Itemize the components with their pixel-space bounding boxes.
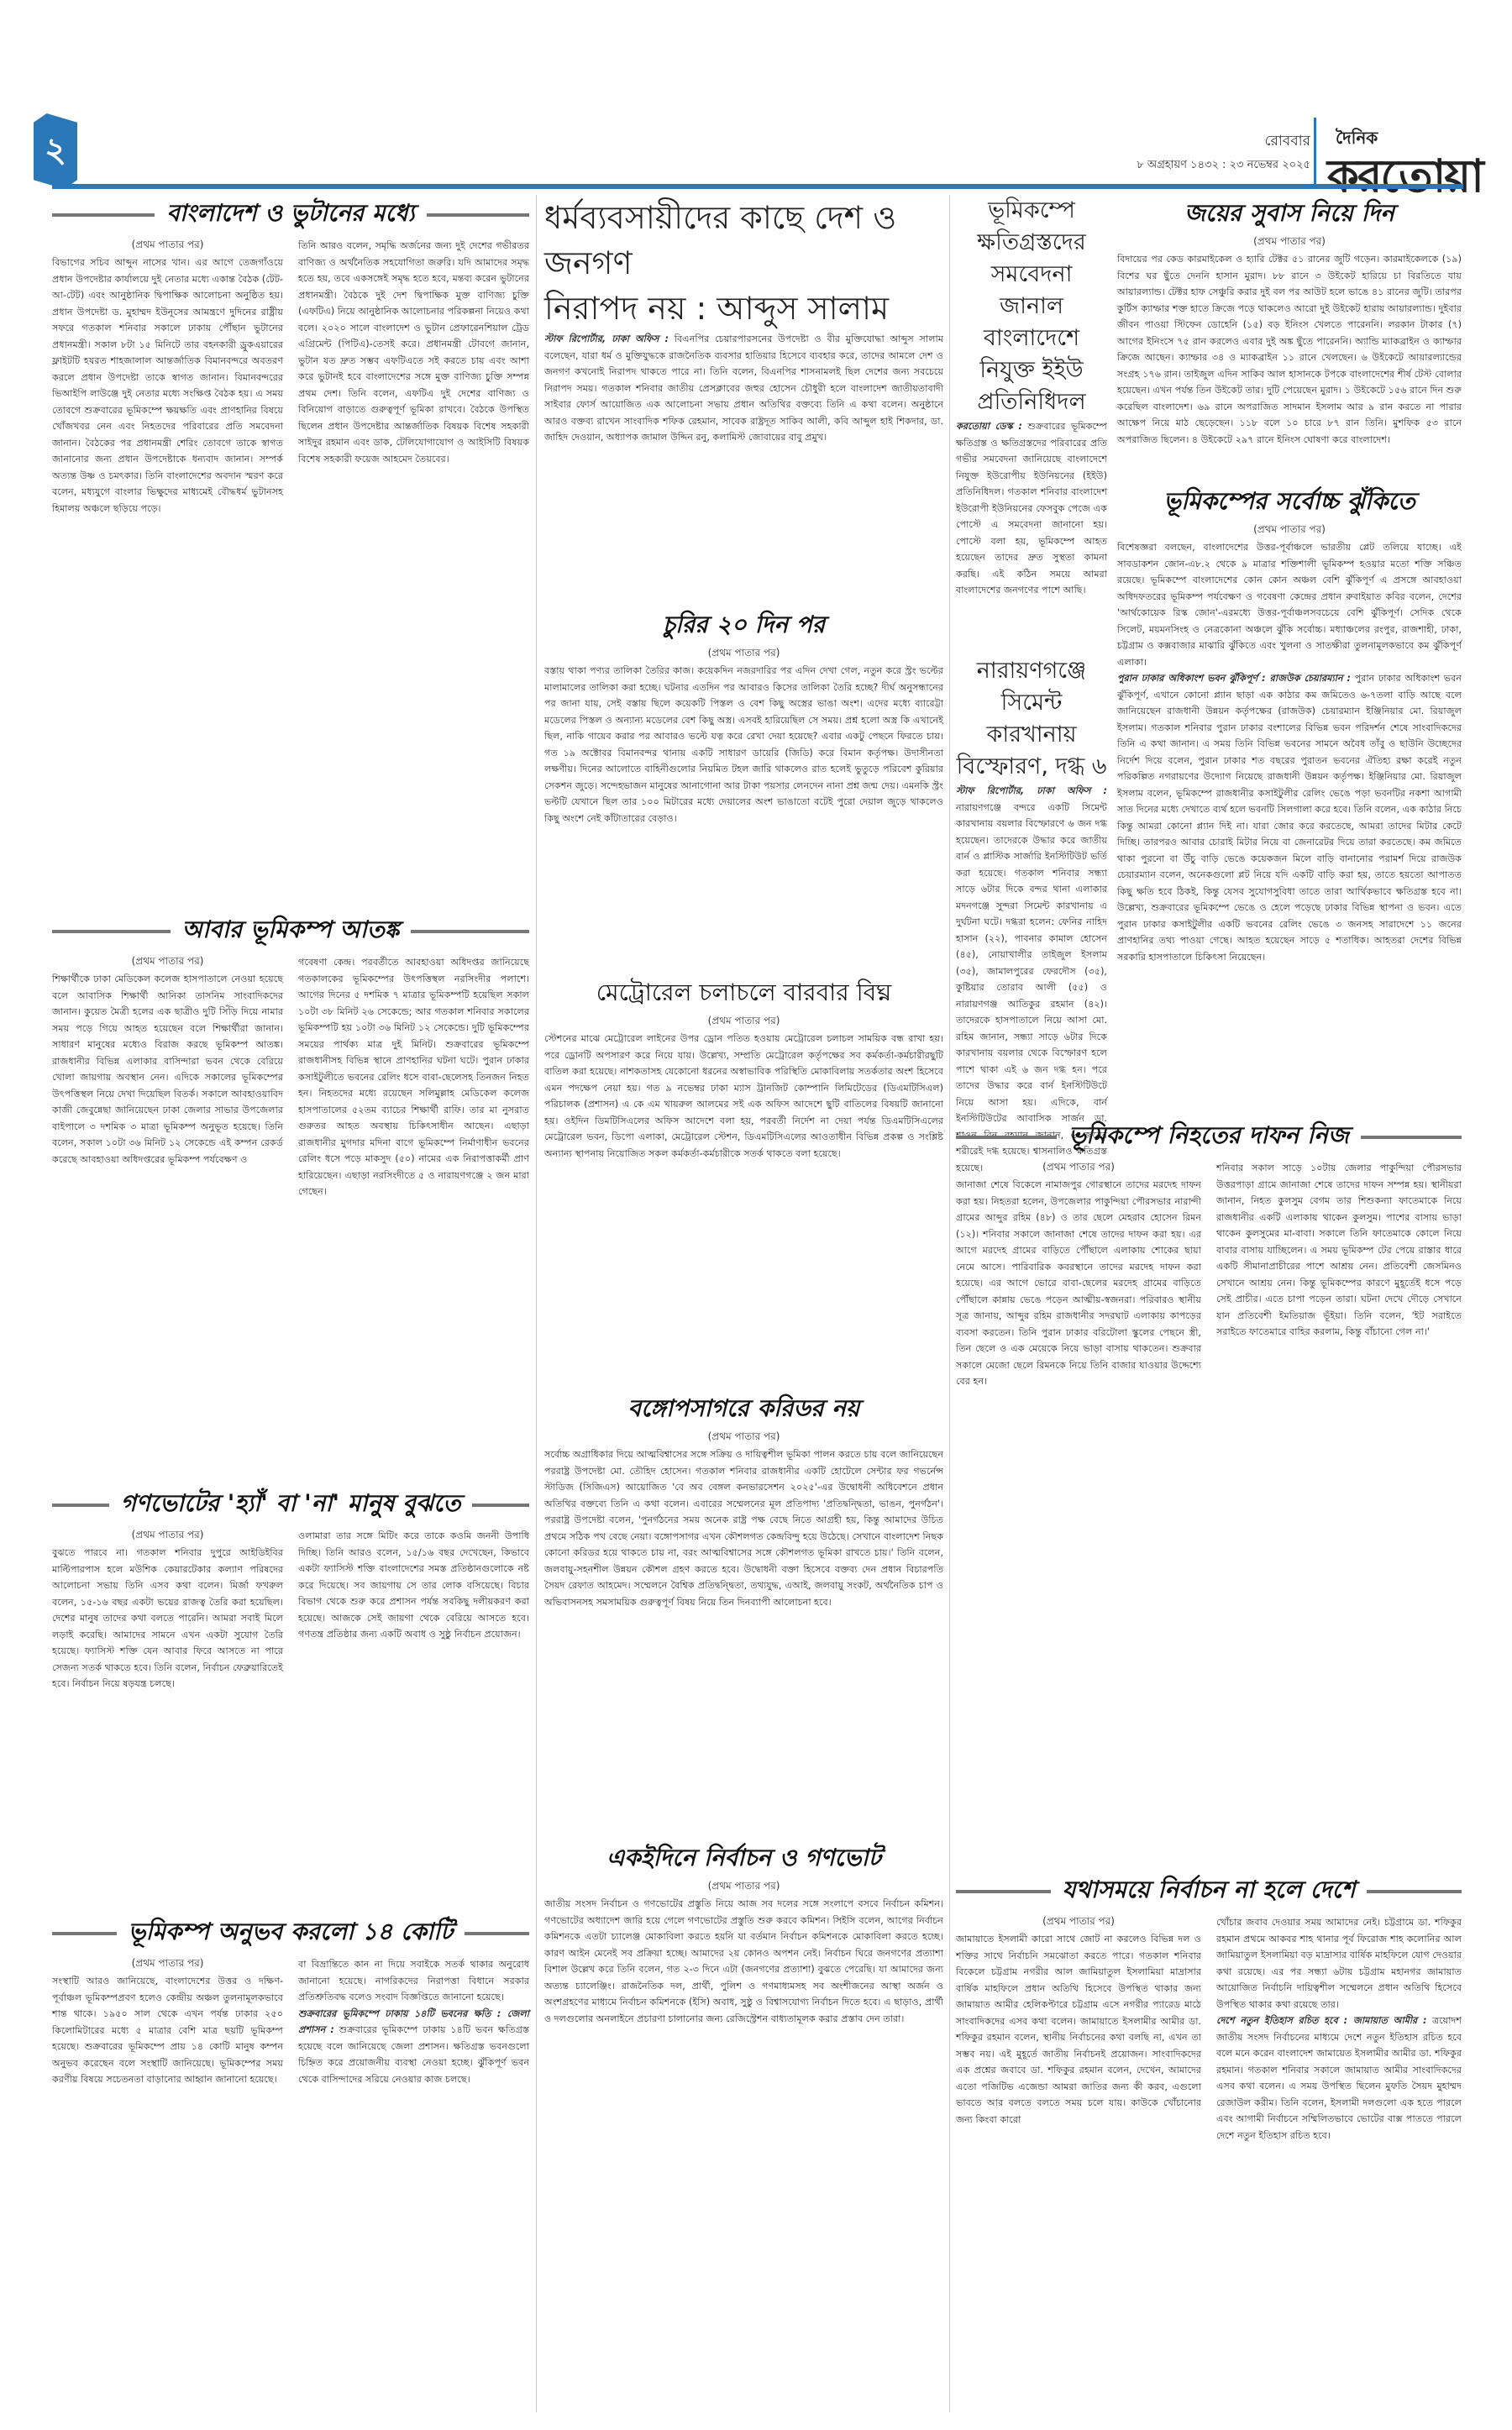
byline: করতোয়া ডেস্ক :: [956, 421, 1022, 432]
article-highest-risk: ভূমিকম্পের সর্বোচ্চ ঝুঁকিতে (প্রথম পাতার…: [1117, 483, 1462, 965]
headline-rule: [1367, 1890, 1462, 1893]
article-earthquake-panic: আবার ভূমিকম্প আতঙ্ক (প্রথম পাতার পর) শিক…: [52, 911, 529, 1200]
article-body: ত্রয়োদশ জাতীয় সংসদ নির্বাচনের মাধ্যমে …: [1216, 2015, 1462, 2141]
page-number: ২: [45, 123, 66, 180]
article-theft: চুরির ২০ দিন পর (প্রথম পাতার পর) বস্তায়…: [544, 606, 943, 827]
continued-label: (প্রথম পাতার পর): [1117, 522, 1462, 539]
article-felt-by-14-crore: ভূমিকম্প অনুভব করলো ১৪ কোটি (প্রথম পাতার…: [52, 1913, 529, 2088]
headline-line-1: ধর্মব্যবসায়ীদের কাছে দেশ ও জনগণ: [544, 195, 943, 286]
article-body: শুক্রবারের ভূমিকম্পে ক্ষতিগ্রস্ত ও ক্ষতি…: [956, 421, 1107, 596]
headline: বঙ্গোপসাগরে করিডর নয়: [544, 1390, 943, 1430]
article-body: জাতীয় সংসদ নির্বাচন ও গণভোটের প্রস্তুতি…: [544, 1896, 943, 2027]
article-body: ওলামারা তার সঙ্গে মিটিং করে তাকে কওমি জন…: [298, 1528, 529, 1643]
headline-row: আবার ভূমিকম্প আতঙ্ক: [52, 911, 529, 951]
article-body: শিক্ষার্থীকে ঢাকা মেডিকেল কলেজ হাসপাতালে…: [52, 971, 283, 1168]
article-body: বা বিভ্রান্তিতে কান না দিয়ে সবাইকে সতর্…: [298, 1956, 529, 2006]
continued-label: (প্রথম পাতার পর): [1117, 234, 1462, 251]
article-abdus-salam: ধর্মব্যবসায়ীদের কাছে দেশ ও জনগণ নিরাপদ …: [544, 195, 943, 446]
headline-rule: [411, 930, 529, 933]
headline-row: গণভোটের 'হ্যাঁ' বা 'না' মানুষ বুঝতে: [52, 1485, 529, 1525]
article-cement-blast: নারায়ণগঞ্জে সিমেন্ট কারখানায় বিস্ফোরণ,…: [956, 655, 1107, 1176]
column-divider: [949, 195, 950, 2412]
article-body: জানাজা শেষে বিকেলে নামাজপুর গোরস্থানে তা…: [956, 1177, 1201, 1390]
article-body: বিদায়ের পর কেড কারমাইকেল ও হ্যারি টেক্ট…: [1117, 251, 1462, 448]
headline: মেট্রোরেল চলাচলে বারবার বিঘ্ন: [544, 974, 943, 1014]
continued-label: (প্রথম পাতার পর): [544, 646, 943, 663]
article-cricket: জয়ের সুবাস নিয়ে দিন (প্রথম পাতার পর) ব…: [1117, 195, 1462, 448]
headline-rule: [52, 213, 155, 217]
headline: গণভোটের 'হ্যাঁ' বা 'না' মানুষ বুঝতে: [121, 1485, 461, 1525]
headline: ভূমিকম্প অনুভব করলো ১৪ কোটি: [129, 1913, 454, 1953]
headline: আবার ভূমিকম্প আতঙ্ক: [182, 911, 400, 951]
headline-rule: [472, 1504, 529, 1507]
headline-rule: [956, 1136, 1057, 1139]
article-body: বিএনপির চেয়ারপারসনের উপদেষ্টা ও বীর মুক…: [544, 333, 943, 443]
headline: চুরির ২০ দিন পর: [544, 606, 943, 646]
article-referendum: গণভোটের 'হ্যাঁ' বা 'না' মানুষ বুঝতে (প্র…: [52, 1485, 529, 1693]
headline: ভূমিকম্পের সর্বোচ্চ ঝুঁকিতে: [1117, 483, 1462, 522]
page-number-badge: ২: [34, 113, 77, 189]
article-body: গবেষণা কেন্দ্র। পরবর্তীতে আবহাওয়া অধিদপ…: [298, 954, 529, 1200]
article-body: সংস্থাটি আরও জানিয়েছে, বাংলাদেশের উত্তর…: [52, 1973, 283, 2088]
headline: বাংলাদেশ ও ভুটানের মধ্যে: [166, 195, 414, 234]
continued-label: (প্রথম পাতার পর): [544, 1014, 943, 1031]
subhead: পুরান ঢাকার অধিকাংশ ভবন ঝুঁকিপূর্ণ : রাজ…: [1117, 673, 1351, 684]
headline-rule: [956, 1890, 1051, 1893]
byline: স্টাফ রিপোর্টার, ঢাকা অফিস :: [956, 785, 1107, 796]
headline-rule: [465, 1932, 529, 1935]
headline-row: ভূমিকম্পে নিহতের দাফন নিজ: [956, 1117, 1462, 1157]
continued-label: (প্রথম পাতার পর): [52, 1956, 283, 1973]
headline-rule: [52, 1504, 109, 1507]
date-label: ৮ অগ্রহায়ণ ১৪৩২ : ২৩ নভেম্বর ২০২৫: [1137, 157, 1310, 175]
article-timely-election: যথাসময়ে নির্বাচন না হলে দেশে (প্রথম পাত…: [956, 1871, 1462, 2144]
continued-label: (প্রথম পাতার পর): [544, 1430, 943, 1446]
headline-row: বাংলাদেশ ও ভুটানের মধ্যে: [52, 195, 529, 234]
day-label: রোববার: [1137, 130, 1310, 154]
headline-rule: [1361, 1136, 1462, 1139]
headline-rule: [52, 1932, 117, 1935]
header-rule: [52, 184, 1463, 189]
logo-main-text: করতোয়া: [1327, 154, 1483, 199]
continued-label: (প্রথম পাতার পর): [52, 1528, 283, 1545]
headline: ভূমিকম্পে নিহতের দাফন নিজ: [1068, 1117, 1349, 1157]
article-body: স্টেশনের মাঝে মেট্রোরেল লাইনের উপর ড্রোন…: [544, 1031, 943, 1162]
headline-line-2: নিরাপদ নয় : আব্দুস সালাম: [544, 286, 943, 331]
article-body: বিভাগের সচিব আব্দুন নাসের খান। এর আগে তে…: [52, 255, 283, 517]
headline: একইদিনে নির্বাচন ও গণভোট: [544, 1840, 943, 1879]
headline: যথাসময়ে নির্বাচন না হলে দেশে: [1063, 1871, 1356, 1911]
column-divider: [536, 195, 537, 2412]
headline-row: যথাসময়ে নির্বাচন না হলে দেশে: [956, 1871, 1462, 1911]
article-body: জামায়াতে ইসলামী কারো সাথে জোট না করলেও …: [956, 1931, 1201, 2128]
headline: নারায়ণগঞ্জে সিমেন্ট কারখানায় বিস্ফোরণ,…: [956, 655, 1107, 783]
headline-row: ভূমিকম্প অনুভব করলো ১৪ কোটি: [52, 1913, 529, 1953]
masthead: ২ রোববার ৮ অগ্রহায়ণ ১৪৩২ : ২৩ নভেম্বর ২…: [0, 0, 1512, 193]
article-body: তিনি আরও বলেন, সমৃদ্ধি অর্জনের জন্য দুই …: [298, 238, 529, 467]
byline: স্টাফ রিপোর্টার, ঢাকা অফিস :: [544, 333, 669, 344]
subhead: দেশে নতুন ইতিহাস রচিত হবে : জামায়াত আমী…: [1216, 2015, 1426, 2026]
article-body: বিশেষজ্ঞরা বলছেন, বাংলাদেশের উত্তর-পূর্ব…: [1117, 539, 1462, 670]
dateline: রোববার ৮ অগ্রহায়ণ ১৪৩২ : ২৩ নভেম্বর ২০২…: [1137, 130, 1310, 175]
headline-rule: [52, 930, 171, 933]
article-election-referendum: একইদিনে নির্বাচন ও গণভোট (প্রথম পাতার পর…: [544, 1840, 943, 2027]
article-metrorail: মেট্রোরেল চলাচলে বারবার বিঘ্ন (প্রথম পাত…: [544, 974, 943, 1162]
headline-rule: [427, 213, 529, 217]
headline: ভূমিকম্পে ক্ষতিগ্রস্তদের সমবেদনা জানাল ব…: [956, 195, 1107, 418]
continued-label: (প্রথম পাতার পর): [956, 1160, 1201, 1177]
article-bhutan: বাংলাদেশ ও ভুটানের মধ্যে (প্রথম পাতার পর…: [52, 195, 529, 517]
article-burial: ভূমিকম্পে নিহতের দাফন নিজ (প্রথম পাতার প…: [956, 1117, 1462, 1390]
continued-label: (প্রথম পাতার পর): [52, 954, 283, 971]
article-body: পুরান ঢাকার অধিকাংশ ভবন ঝুঁকিপূর্ণ, এখান…: [1117, 673, 1462, 963]
article-body: বস্তায় থাকা পণ্যর তালিকা তৈরির কাজ। কয়…: [544, 663, 943, 827]
masthead-divider: [1314, 118, 1316, 185]
headline: জয়ের সুবাস নিয়ে দিন: [1117, 195, 1462, 234]
article-body: শনিবার সকাল সাড়ে ১০টায় জেলার পাকুন্দিয…: [1216, 1160, 1462, 1341]
article-body: সর্বোচ্চ অগ্রাধিকার দিয়ে আত্মবিশ্বাসের …: [544, 1446, 943, 1610]
continued-label: (প্রথম পাতার পর): [52, 238, 283, 255]
article-bay-corridor: বঙ্গোপসাগরে করিডর নয় (প্রথম পাতার পর) স…: [544, 1390, 943, 1610]
article-body: বুঝতে পারবে না। গতকাল শনিবার দুপুরে আইডি…: [52, 1545, 283, 1693]
continued-label: (প্রথম পাতার পর): [956, 1914, 1201, 1931]
article-eu-condolence: ভূমিকম্পে ক্ষতিগ্রস্তদের সমবেদনা জানাল ব…: [956, 195, 1107, 599]
continued-label: (প্রথম পাতার পর): [544, 1879, 943, 1896]
article-body: খোঁচার জবাব দেওয়ার সময় আমাদের নেই। চট্…: [1216, 1914, 1462, 2013]
